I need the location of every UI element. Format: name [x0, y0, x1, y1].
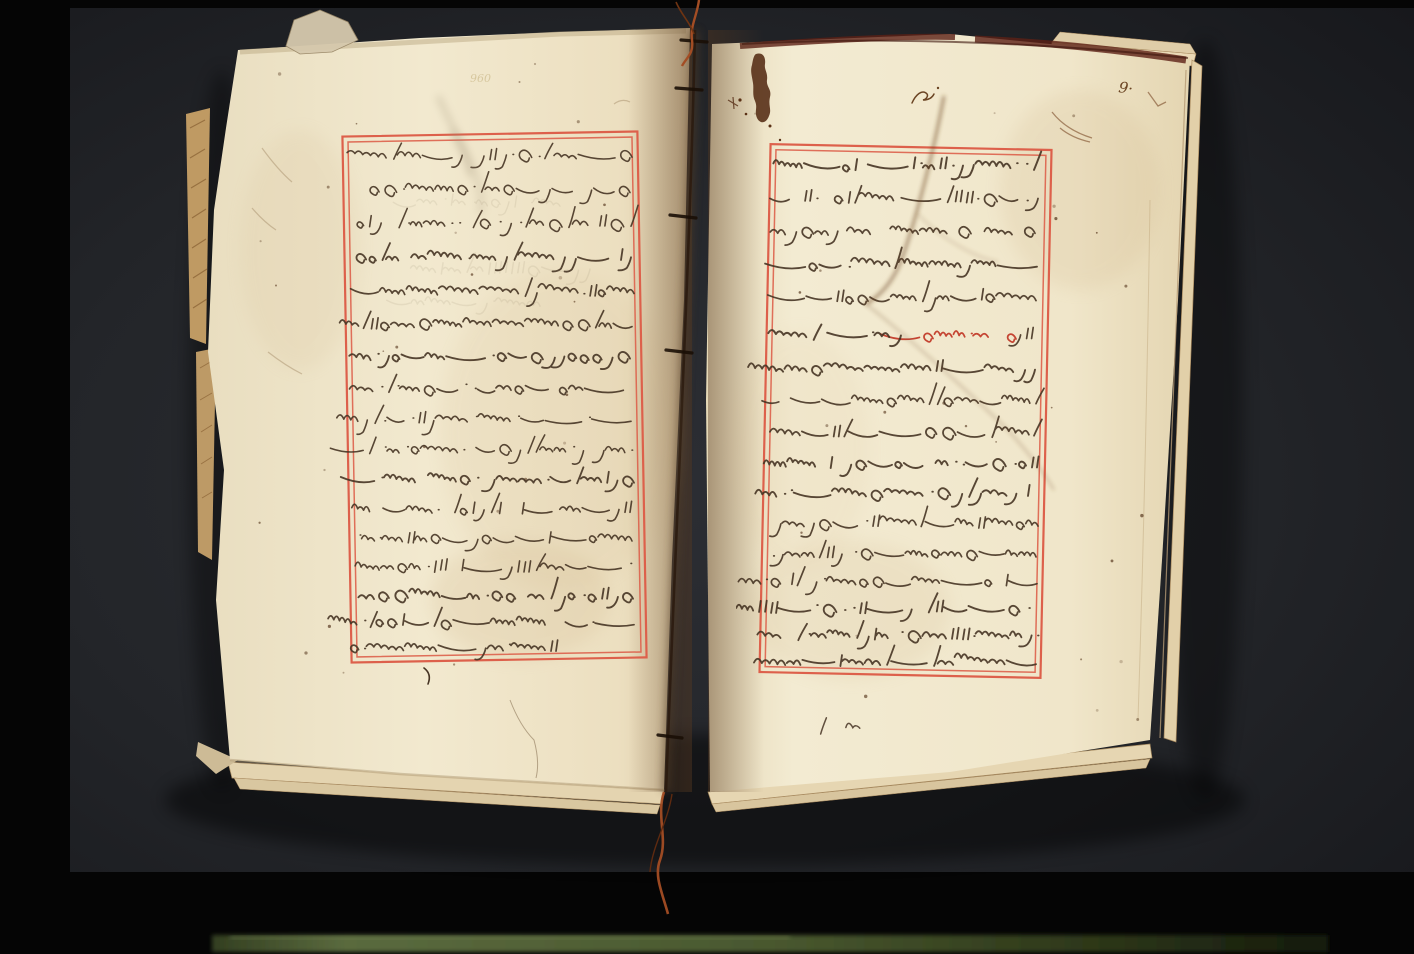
foxing-speckle: [275, 285, 277, 287]
foxing-speckle: [534, 63, 536, 65]
foxing-speckle: [1052, 205, 1055, 208]
blot-dot: [779, 139, 781, 141]
foxing-speckle: [559, 276, 563, 280]
foxing-speckle: [819, 269, 822, 272]
foxing-speckle: [574, 301, 576, 303]
foxing-speckle: [1136, 718, 1139, 721]
blot-dot: [769, 125, 772, 128]
foxing-speckle: [395, 346, 398, 349]
foxing-speckle: [1124, 285, 1127, 288]
foxing-speckle: [995, 441, 997, 443]
foxing-speckle: [994, 112, 996, 114]
foxing-speckle: [1096, 232, 1098, 234]
stitch: [676, 88, 702, 90]
foxing-speckle: [304, 651, 307, 654]
blot-dot: [745, 113, 748, 116]
foxing-speckle: [454, 232, 456, 234]
foxing-speckle: [1054, 217, 1057, 220]
foxing-speckle: [603, 203, 606, 206]
foxing-speckle: [382, 350, 384, 352]
foxing-speckle: [471, 273, 474, 276]
blot-dot: [738, 98, 741, 101]
foxing-speckle: [356, 123, 358, 125]
foxing-speckle: [1140, 514, 1143, 517]
foxing-speckle: [343, 672, 345, 674]
wood-fragment: [186, 108, 210, 344]
foxing-speckle: [260, 240, 262, 242]
foxing-speckle: [278, 72, 281, 75]
foxing-speckle: [496, 510, 499, 513]
foxing-speckle: [883, 411, 886, 414]
photo-canvas: 9· 960: [0, 0, 1414, 954]
foxing-speckle: [800, 532, 802, 534]
foxing-speckle: [799, 291, 802, 294]
foxing-speckle: [1096, 709, 1099, 712]
table-edge-highlight: [230, 936, 790, 939]
foxing-speckle: [1072, 114, 1075, 117]
stitch: [681, 40, 707, 42]
header-mark-dot: [937, 87, 939, 89]
foxing-speckle: [1051, 407, 1053, 409]
foxing-speckle: [1080, 658, 1082, 660]
foxing-speckle: [323, 469, 325, 471]
foxing-speckle: [965, 425, 967, 427]
foxing-speckle: [864, 695, 867, 698]
stain: [1000, 90, 1160, 290]
foxing-speckle: [563, 442, 566, 445]
foxing-speckle: [328, 625, 331, 628]
foxing-speckle: [577, 120, 580, 123]
manuscript-photo: 9· 960: [0, 0, 1414, 954]
foxing-speckle: [519, 81, 521, 83]
foxing-speckle: [1111, 559, 1114, 562]
foxing-speckle: [825, 424, 828, 427]
foxing-speckle: [327, 186, 330, 189]
foxing-speckle: [258, 522, 260, 524]
foxing-speckle: [1119, 660, 1122, 663]
folio-number: 9·: [1117, 78, 1134, 98]
stain: [730, 330, 870, 570]
foxing-speckle: [453, 663, 455, 665]
faint-pencil-number: 960: [470, 72, 491, 85]
